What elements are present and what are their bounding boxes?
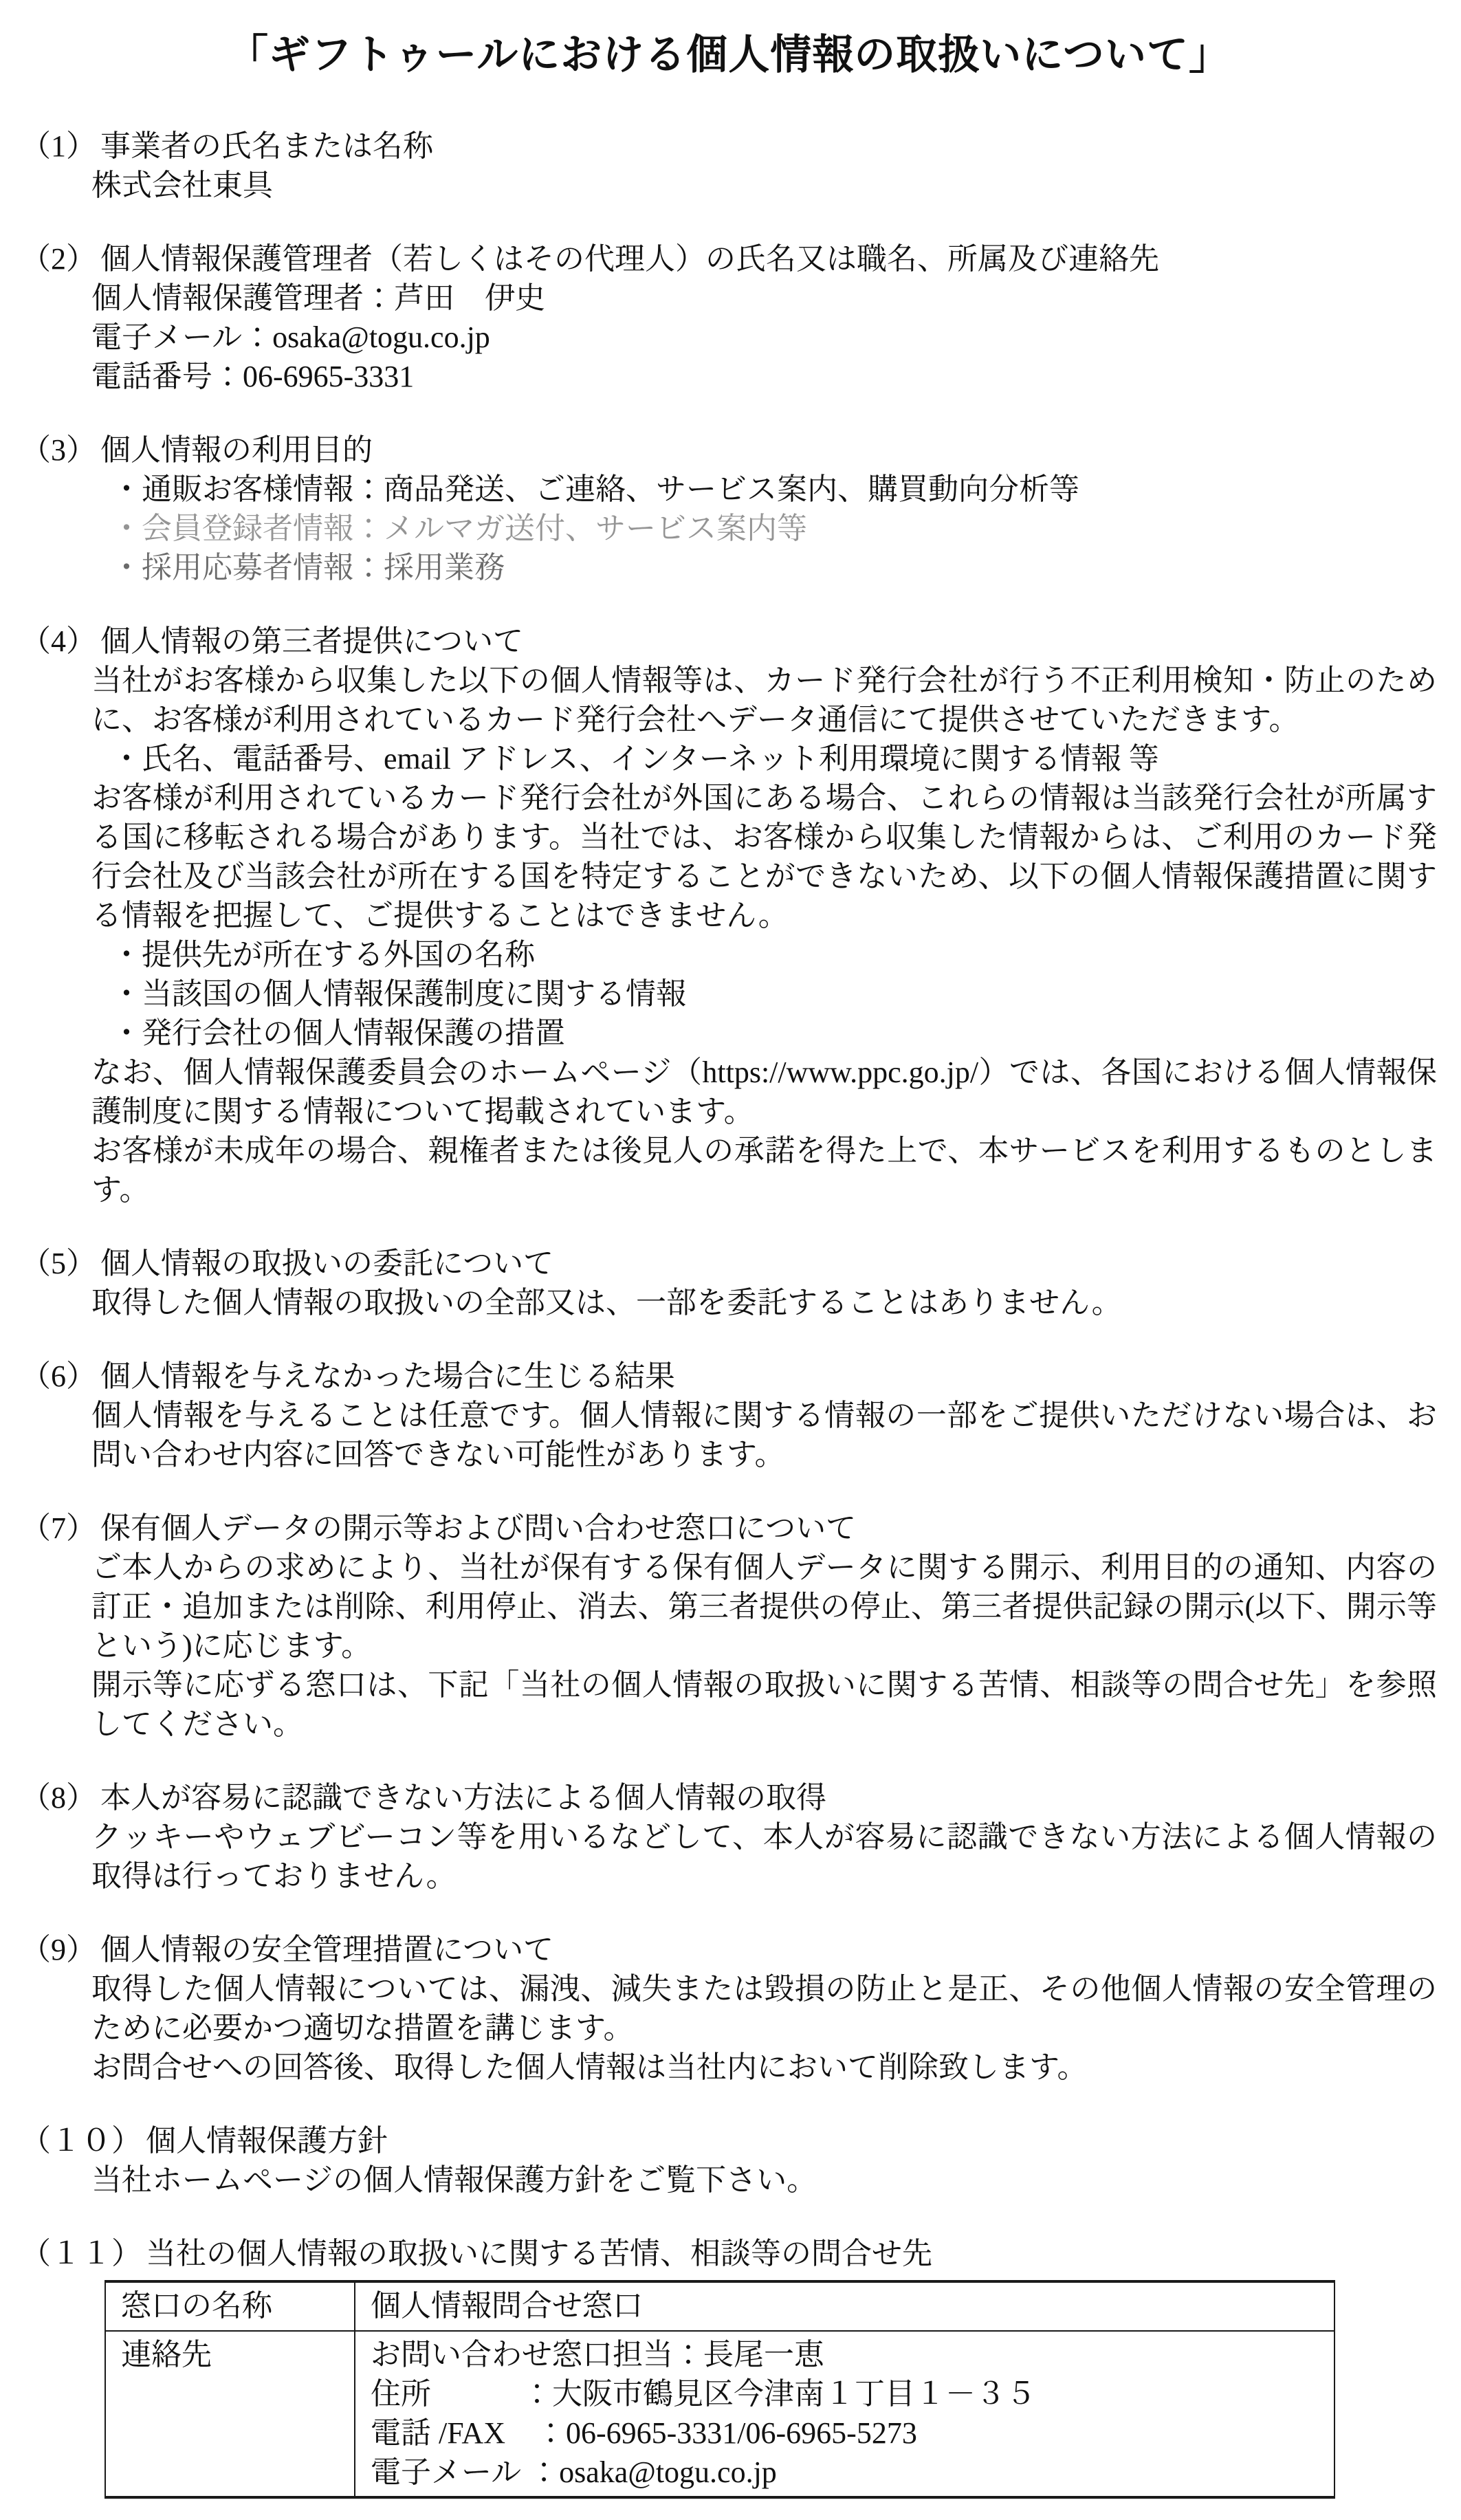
section-number: （5） — [21, 1244, 96, 1283]
contact-address-line: 住所 ：大阪市鶴見区今津南１丁目１－３５ — [371, 2374, 1319, 2413]
bullet-item: ・提供先が所在する外国の名称 — [111, 935, 1437, 974]
section-10-head: （１０） 個人情報保護方針 — [21, 2121, 1437, 2160]
paragraph: お問合せへの回答後、取得した個人情報は当社内において削除致します。 — [91, 2048, 1437, 2087]
paragraph: ご本人からの求めにより、当社が保有する保有個人データに関する開示、利用目的の通知… — [91, 1548, 1437, 1665]
bullet-item: ・通販お客様情報：商品発送、ご連絡、サービス案内、購買動向分析等 — [111, 470, 1437, 509]
section-9-head: （9） 個人情報の安全管理措置について — [21, 1930, 1437, 1969]
section-number: （3） — [21, 430, 96, 470]
bullet-item: ・当該国の個人情報保護制度に関する情報 — [111, 974, 1437, 1014]
contact-person-line: お問い合わせ窓口担当：長尾一恵 — [371, 2335, 1319, 2374]
section-3: （3） 個人情報の利用目的 ・通販お客様情報：商品発送、ご連絡、サービス案内、購… — [21, 430, 1437, 587]
section-heading: 個人情報を与えなかった場合に生じる結果 — [96, 1357, 675, 1396]
section-number: （4） — [21, 622, 96, 661]
paragraph: 当社ホームページの個人情報保護方針をご覧下さい。 — [91, 2160, 1437, 2200]
section-7: （7） 保有個人データの開示等および問い合わせ窓口について ご本人からの求めによ… — [21, 1509, 1437, 1744]
section-heading: 保有個人データの開示等および問い合わせ窓口について — [96, 1509, 856, 1548]
section-8: （8） 本人が容易に認識できない方法による個人情報の取得 クッキーやウェブビーコ… — [21, 1778, 1437, 1896]
section-2: （2） 個人情報保護管理者（若しくはその代理人）の氏名又は職名、所属及び連絡先 … — [21, 239, 1437, 396]
section-number: （9） — [21, 1930, 96, 1969]
section-7-head: （7） 保有個人データの開示等および問い合わせ窓口について — [21, 1509, 1437, 1548]
paragraph: クッキーやウェブビーコン等を用いるなどして、本人が容易に認識できない方法による個… — [91, 1817, 1437, 1896]
section-number: （１１） — [21, 2234, 142, 2273]
section-heading: 個人情報の利用目的 — [96, 430, 373, 470]
section-heading: 当社の個人情報の取扱いに関する苦情、相談等の問合せ先 — [142, 2234, 932, 2273]
contact-table: 窓口の名称 個人情報問合せ窓口 連絡先 お問い合わせ窓口担当：長尾一恵 住所 ：… — [105, 2280, 1335, 2499]
contact-email-line: 電子メール ：osaka@togu.co.jp — [371, 2453, 1319, 2492]
section-heading: 個人情報保護管理者（若しくはその代理人）の氏名又は職名、所属及び連絡先 — [96, 239, 1159, 278]
section-3-head: （3） 個人情報の利用目的 — [21, 430, 1437, 470]
bullet-item: ・氏名、電話番号、email アドレス、インターネット利用環境に関する情報 等 — [111, 739, 1437, 778]
paragraph: 開示等に応ずる窓口は、下記「当社の個人情報の取扱いに関する苦情、相談等の問合せ先… — [91, 1665, 1437, 1744]
paragraph: 個人情報を与えることは任意です。個人情報に関する情報の一部をご提供いただけない場… — [91, 1396, 1437, 1474]
bullet-item: ・発行会社の個人情報保護の措置 — [111, 1014, 1437, 1053]
section-4-head: （4） 個人情報の第三者提供について — [21, 622, 1437, 661]
section-heading: 個人情報の取扱いの委託について — [96, 1244, 553, 1283]
section-number: （1） — [21, 127, 96, 166]
section-2-body: 個人情報保護管理者：芦田 伊史 電子メール：osaka@togu.co.jp 電… — [91, 278, 1437, 396]
section-heading: 事業者の氏名または名称 — [96, 127, 433, 166]
section-4: （4） 個人情報の第三者提供について 当社がお客様から収集した以下の個人情報等は… — [21, 622, 1437, 1209]
paragraph: お客様が利用されているカード発行会社が外国にある場合、これらの情報は当該発行会社… — [91, 778, 1437, 935]
section-6-head: （6） 個人情報を与えなかった場合に生じる結果 — [21, 1357, 1437, 1396]
paragraph: なお、個人情報保護委員会のホームページ（https://www.ppc.go.j… — [91, 1053, 1437, 1131]
section-number: （6） — [21, 1357, 96, 1396]
bullet-item: ・採用応募者情報：採用業務 — [111, 548, 1437, 587]
section-1-head: （1） 事業者の氏名または名称 — [21, 127, 1437, 166]
section-number: （１０） — [21, 2121, 142, 2160]
page-title: 「ギフトゥールにおける個人情報の取扱いについて」 — [21, 26, 1437, 84]
table-cell-contact-label: 連絡先 — [105, 2331, 355, 2497]
section-number: （8） — [21, 1778, 96, 1817]
section-heading: 個人情報の第三者提供について — [96, 622, 523, 661]
section-number: （2） — [21, 239, 96, 278]
paragraph: 当社がお客様から収集した以下の個人情報等は、カード発行会社が行う不正利用検知・防… — [91, 661, 1437, 739]
section-number: （7） — [21, 1509, 96, 1548]
section-heading: 個人情報保護方針 — [142, 2121, 388, 2160]
paragraph: 株式会社東具 — [91, 166, 1437, 205]
table-row: 窓口の名称 個人情報問合せ窓口 — [105, 2281, 1334, 2331]
document-page: 「ギフトゥールにおける個人情報の取扱いについて」 （1） 事業者の氏名または名称… — [0, 0, 1461, 2499]
section-heading: 本人が容易に認識できない方法による個人情報の取得 — [96, 1778, 826, 1817]
section-9: （9） 個人情報の安全管理措置について 取得した個人情報については、漏洩、減失ま… — [21, 1930, 1437, 2087]
table-row: 連絡先 お問い合わせ窓口担当：長尾一恵 住所 ：大阪市鶴見区今津南１丁目１－３５… — [105, 2331, 1334, 2497]
paragraph: お客様が未成年の場合、親権者または後見人の承諾を得た上で、本サービスを利用するも… — [91, 1131, 1437, 1209]
section-1-body: 株式会社東具 — [91, 166, 1437, 205]
contact-phone-fax-line: 電話 /FAX ：06-6965-3331/06-6965-5273 — [371, 2413, 1319, 2453]
paragraph: 電子メール：osaka@togu.co.jp — [91, 318, 1437, 357]
section-10: （１０） 個人情報保護方針 当社ホームページの個人情報保護方針をご覧下さい。 — [21, 2121, 1437, 2200]
table-cell-window-value: 個人情報問合せ窓口 — [355, 2281, 1334, 2331]
section-1: （1） 事業者の氏名または名称 株式会社東具 — [21, 127, 1437, 205]
section-5: （5） 個人情報の取扱いの委託について 取得した個人情報の取扱いの全部又は、一部… — [21, 1244, 1437, 1322]
table-cell-window-label: 窓口の名称 — [105, 2281, 355, 2331]
paragraph: 個人情報保護管理者：芦田 伊史 — [91, 278, 1437, 318]
section-6: （6） 個人情報を与えなかった場合に生じる結果 個人情報を与えることは任意です。… — [21, 1357, 1437, 1474]
table-cell-contact-value: お問い合わせ窓口担当：長尾一恵 住所 ：大阪市鶴見区今津南１丁目１－３５ 電話 … — [355, 2331, 1334, 2497]
section-5-head: （5） 個人情報の取扱いの委託について — [21, 1244, 1437, 1283]
paragraph: 電話番号：06-6965-3331 — [91, 357, 1437, 396]
section-8-head: （8） 本人が容易に認識できない方法による個人情報の取得 — [21, 1778, 1437, 1817]
paragraph: 取得した個人情報については、漏洩、減失または毀損の防止と是正、その他個人情報の安… — [91, 1969, 1437, 2048]
section-heading: 個人情報の安全管理措置について — [96, 1930, 553, 1969]
paragraph: 取得した個人情報の取扱いの全部又は、一部を委託することはありません。 — [91, 1283, 1437, 1322]
section-11: （１１） 当社の個人情報の取扱いに関する苦情、相談等の問合せ先 窓口の名称 個人… — [21, 2234, 1437, 2499]
section-11-head: （１１） 当社の個人情報の取扱いに関する苦情、相談等の問合せ先 — [21, 2234, 1437, 2273]
section-2-head: （2） 個人情報保護管理者（若しくはその代理人）の氏名又は職名、所属及び連絡先 — [21, 239, 1437, 278]
bullet-item: ・会員登録者情報：メルマガ送付、サービス案内等 — [111, 509, 1437, 548]
